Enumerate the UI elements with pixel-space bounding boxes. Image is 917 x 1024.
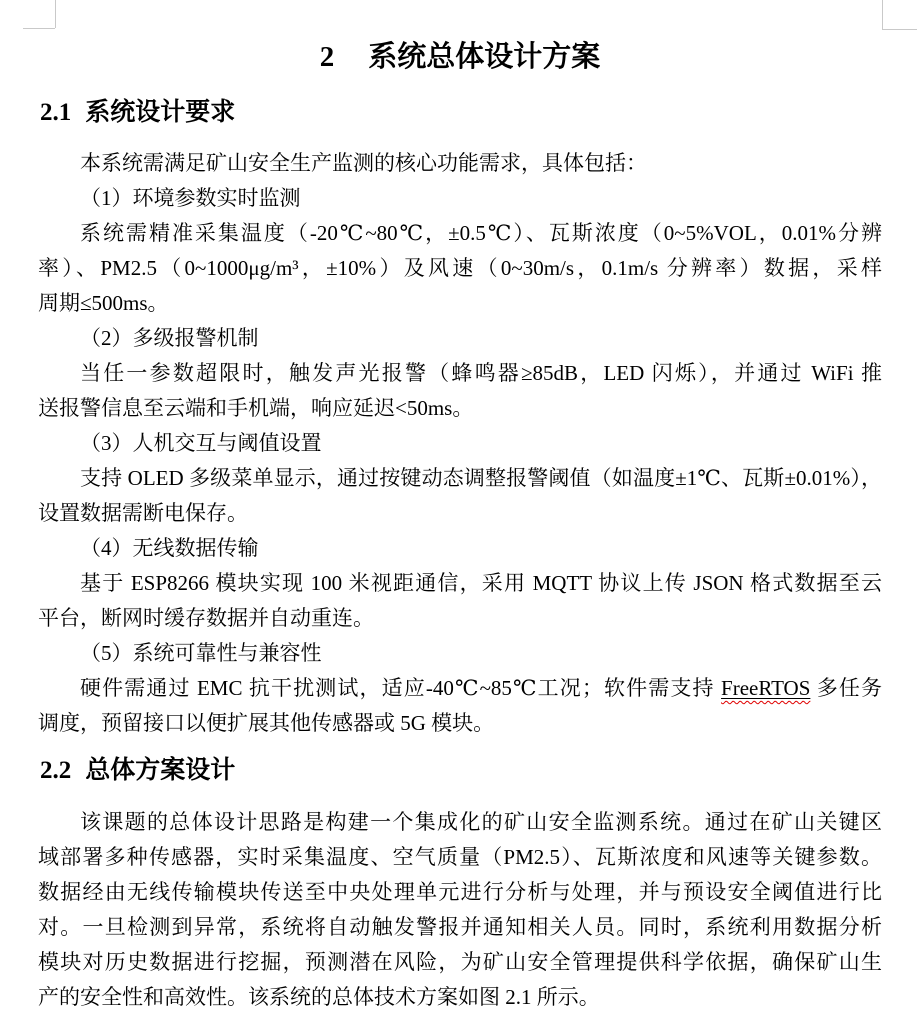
crop-mark-top-right-vertical [882,0,883,29]
section-number: 2.2 [40,757,71,784]
chapter-title[interactable]: 2系统总体设计方案 [38,34,882,80]
body-line[interactable]: 当任一参数超限时，触发声光报警（蜂鸣器≥85dB，LED 闪烁），并通过 WiF… [80,356,882,391]
body-line[interactable]: （5）系统可靠性与兼容性 [80,636,882,671]
section-heading-2-2[interactable]: 2.2总体方案设计 [40,752,235,788]
section-heading-text: 总体方案设计 [85,756,235,784]
chapter-title-text: 系统总体设计方案 [368,41,600,73]
section-heading-2-1[interactable]: 2.1系统设计要求 [40,94,235,130]
crop-mark-top-left-horizontal [23,28,55,29]
body-text: 硬件需通过 EMC 抗干扰测试，适应-40℃~85℃工况；软件需支持 [80,676,721,700]
crop-mark-top-right-horizontal [882,29,917,30]
body-line[interactable]: 产的安全性和高效性。该系统的总体技术方案如图 2.1 所示。 [38,980,882,1015]
section-heading-text: 系统设计要求 [85,98,235,126]
body-line[interactable]: 系统需精准采集温度（-20℃~80℃，±0.5℃）、瓦斯浓度（0~5%VOL，0… [80,216,882,251]
body-line[interactable]: 模块对历史数据进行挖掘，预测潜在风险，为矿山安全管理提供科学依据，确保矿山生 [38,945,882,980]
spellcheck-squiggle: FreeRTOS [721,676,810,700]
body-line[interactable]: 域部署多种传感器，实时采集温度、空气质量（PM2.5）、瓦斯浓度和风速等关键参数… [38,840,882,875]
body-line[interactable]: 对。一旦检测到异常，系统将自动触发警报并通知相关人员。同时，系统利用数据分析 [38,910,882,945]
body-text: 多任务 [810,676,882,700]
body-line[interactable]: （2）多级报警机制 [80,321,882,356]
underlined-word: FreeRTOS [721,676,810,700]
body-line[interactable]: 该课题的总体设计思路是构建一个集成化的矿山安全监测系统。通过在矿山关键区 [80,805,882,840]
section-number: 2.1 [40,99,71,126]
body-line[interactable]: 周期≤500ms。 [38,286,882,321]
body-line[interactable]: 支持 OLED 多级菜单显示，通过按键动态调整报警阈值（如温度±1℃、瓦斯±0.… [80,461,882,496]
body-line[interactable]: 率）、PM2.5（0~1000μg/m³，±10%）及风速（0~30m/s，0.… [38,251,882,286]
chapter-number: 2 [320,41,335,73]
document-page: 2系统总体设计方案 2.1系统设计要求 本系统需满足矿山安全生产监测的核心功能需… [0,0,917,1024]
body-line[interactable]: 平台，断网时缓存数据并自动重连。 [38,601,882,636]
crop-mark-top-left-vertical [55,0,56,28]
body-line[interactable]: （4）无线数据传输 [80,531,882,566]
body-line[interactable]: （1）环境参数实时监测 [80,181,882,216]
body-line[interactable]: 送报警信息至云端和手机端，响应延迟<50ms。 [38,391,882,426]
body-line[interactable]: 数据经由无线传输模块传送至中央处理单元进行分析与处理，并与预设安全阈值进行比 [38,875,882,910]
body-line[interactable]: 本系统需满足矿山安全生产监测的核心功能需求，具体包括： [80,146,882,181]
body-line[interactable]: 调度，预留接口以便扩展其他传感器或 5G 模块。 [38,706,882,741]
body-line[interactable]: 设置数据需断电保存。 [38,496,882,531]
body-line[interactable]: 基于 ESP8266 模块实现 100 米视距通信，采用 MQTT 协议上传 J… [80,566,882,601]
body-line[interactable]: （3）人机交互与阈值设置 [80,426,882,461]
body-line[interactable]: 硬件需通过 EMC 抗干扰测试，适应-40℃~85℃工况；软件需支持 FreeR… [80,671,882,706]
